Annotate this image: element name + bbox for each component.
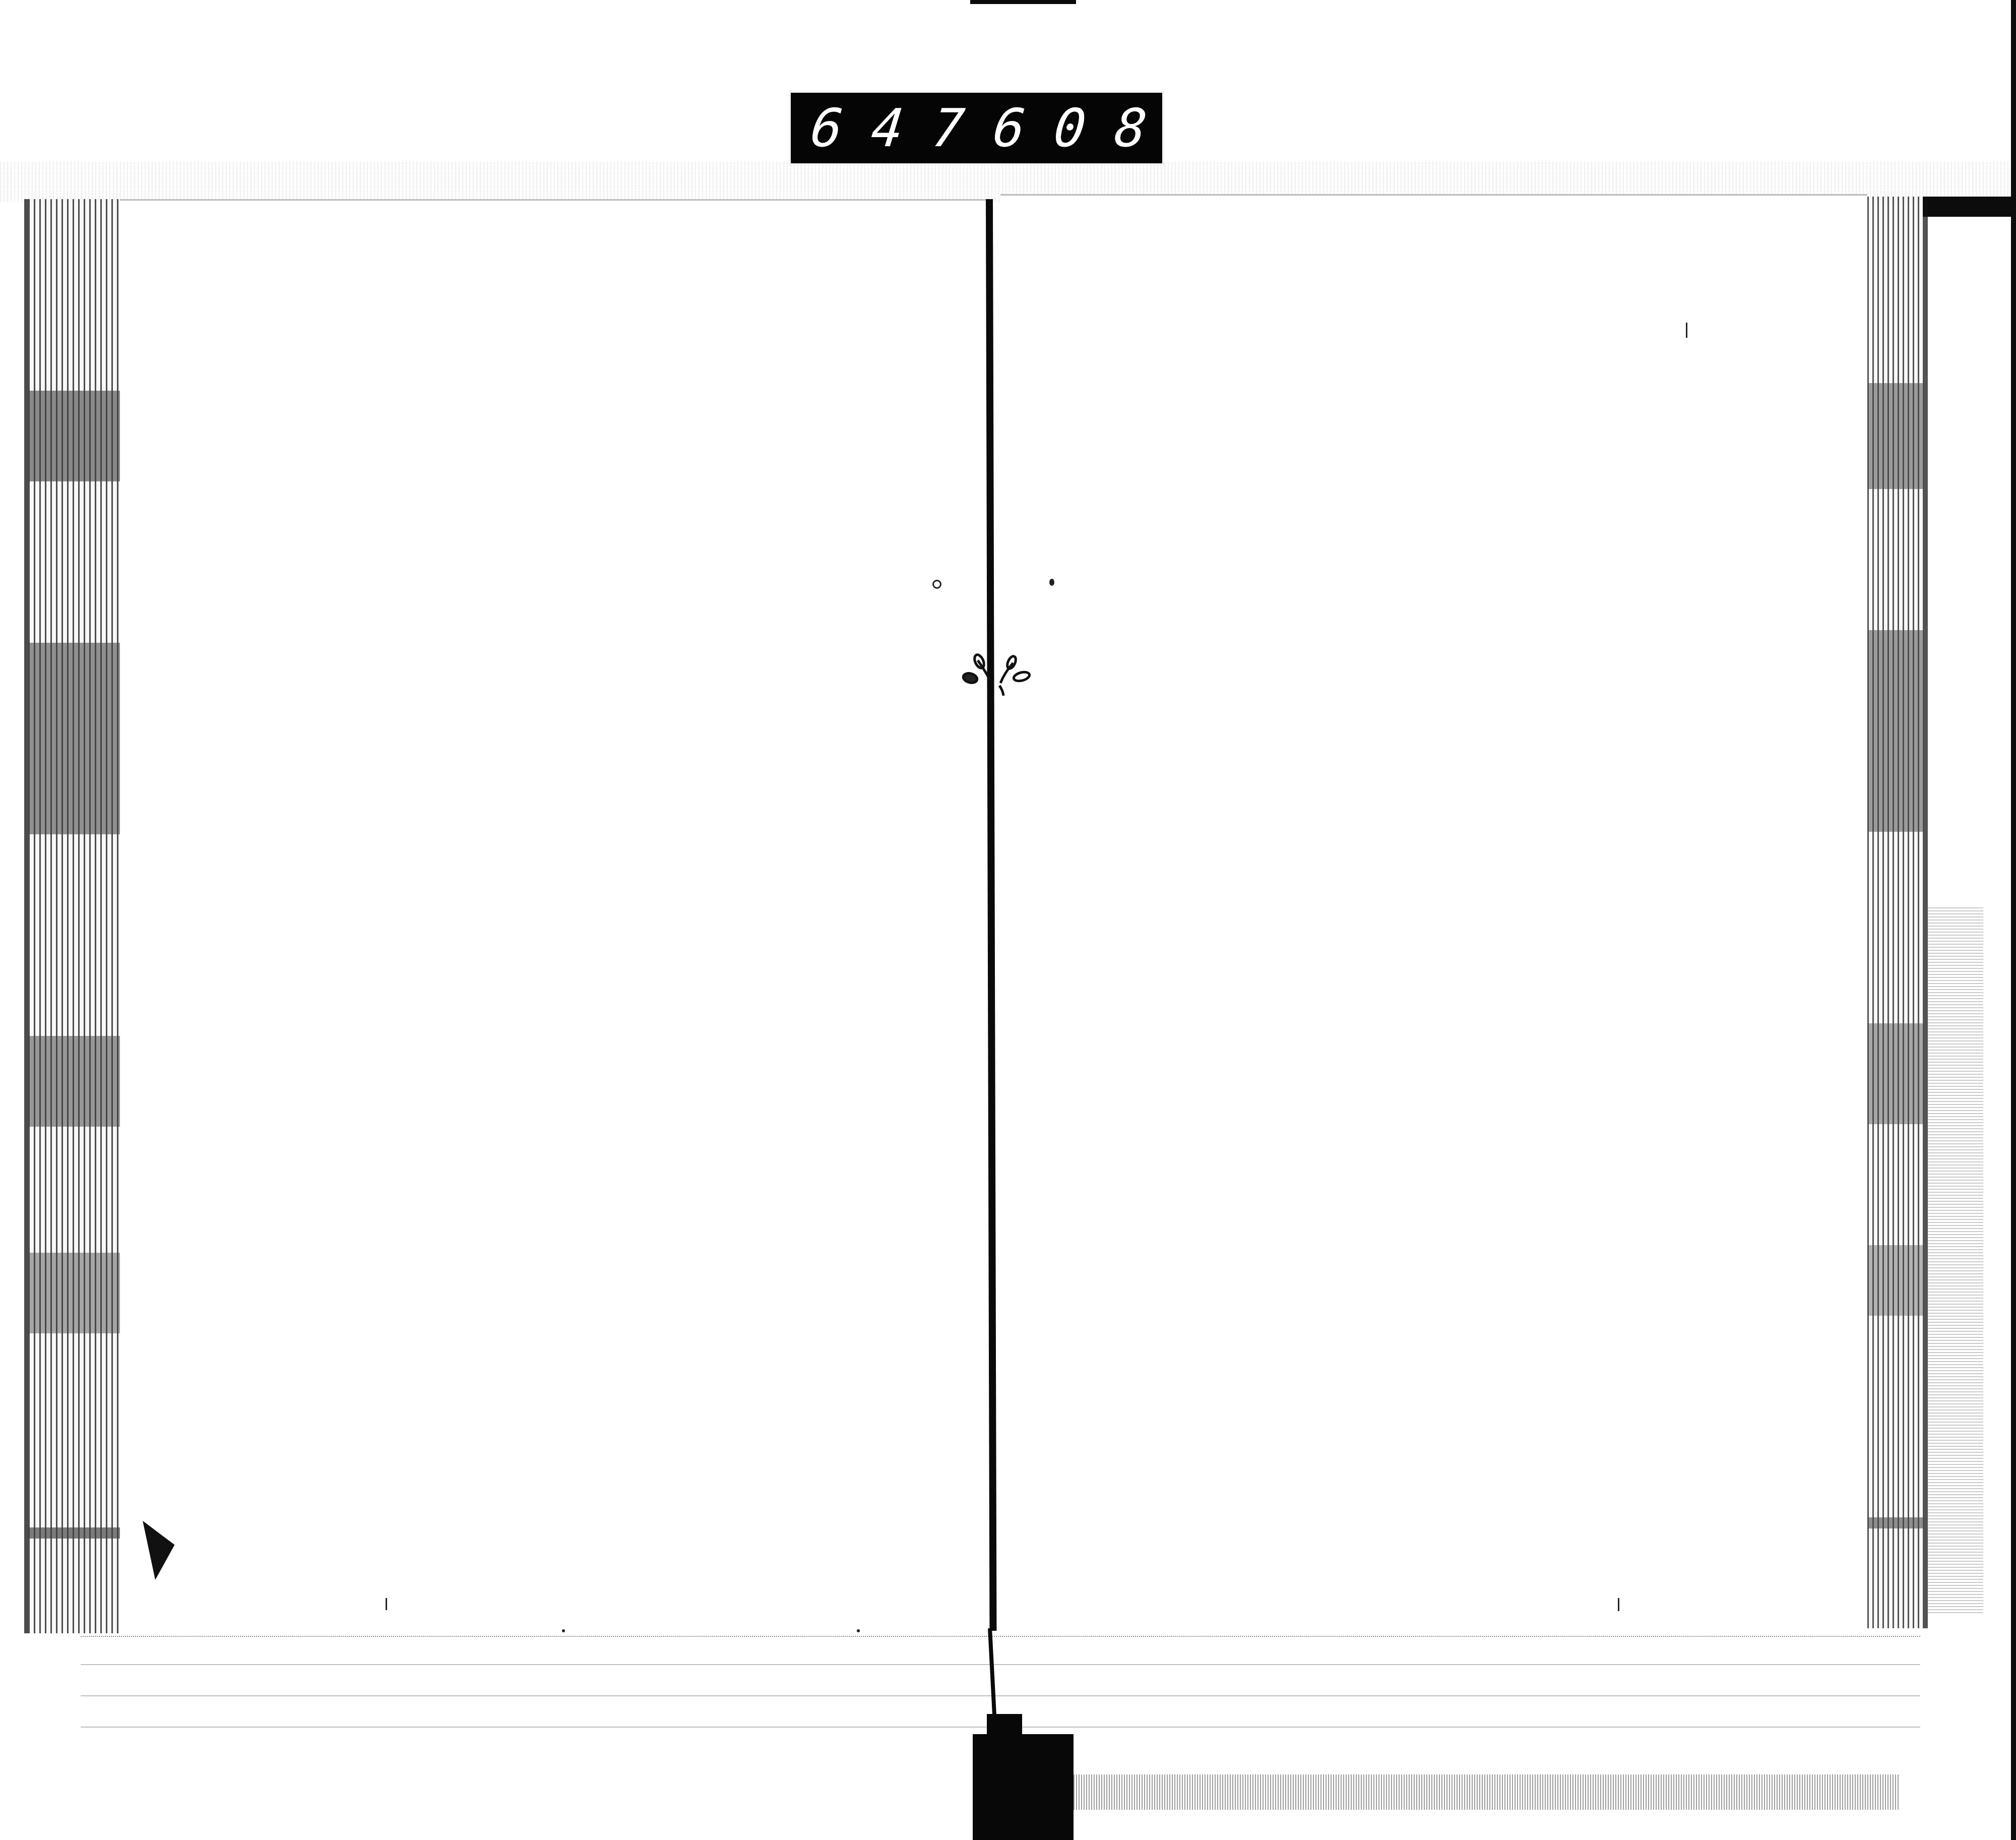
edge-shadow-band	[28, 391, 120, 481]
right-page-edges	[1867, 197, 1928, 1628]
edge-shadow-band	[1867, 1245, 1924, 1316]
frame-number-right: 608.	[990, 102, 1239, 154]
edge-shadow-band	[28, 1036, 120, 1127]
edge-shadow-band	[28, 1253, 120, 1333]
scan-speck	[1049, 579, 1054, 586]
scan-speck	[1686, 323, 1687, 338]
edge-shadow-band	[28, 643, 120, 834]
scan-speck	[857, 1629, 860, 1632]
edge-shadow-band	[1867, 630, 1924, 832]
holder-clip-post	[2011, 0, 2016, 1840]
edge-shadow-band	[1867, 1023, 1924, 1124]
scan-speck	[932, 580, 941, 589]
holder-clip-bar	[1923, 197, 2016, 217]
edge-shadow-band	[1867, 1517, 1924, 1528]
scan-noise-bottom	[1063, 1774, 1900, 1810]
left-page-edges	[24, 199, 120, 1633]
film-frame-label: 647 608.	[789, 91, 1164, 165]
book-gutter	[986, 199, 996, 1631]
film-holder-bottom-block	[973, 1734, 1074, 1840]
scan-speck	[562, 1629, 565, 1632]
frame-number-left: 647	[808, 102, 996, 154]
left-page	[120, 199, 987, 1633]
right-scan-shadow	[1928, 907, 1983, 1613]
right-page	[1000, 194, 1867, 1633]
gutter-thread-ornament-icon	[955, 650, 1041, 696]
scan-speck	[386, 1598, 387, 1610]
scan-speck	[1618, 1598, 1619, 1611]
film-holder-tab	[970, 0, 1076, 4]
edge-shadow-band	[1867, 383, 1924, 489]
edge-shadow-band	[28, 1527, 120, 1539]
